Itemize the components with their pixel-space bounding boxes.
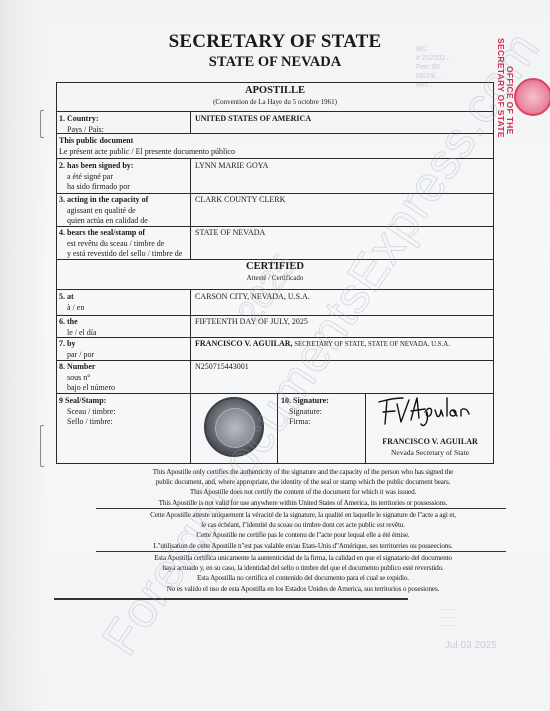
field-signed-by-value: LYNN MARIE GOYA [195,161,268,172]
field-seal-stamp-label: 9 Seal/Stamp: Sceau / timbre: Sello / ti… [59,396,115,428]
bleed-through-date: Jul 03 2025 [445,640,497,651]
convention-text: (Convention de La Haye du 5 octobre 1961… [57,97,493,108]
field-country-label: 1. Country: Pays / País: [59,114,104,135]
divider [54,598,408,600]
signer-title: Nevada Secretary of State [366,448,494,459]
staple-mark [40,110,44,138]
page-subtitle: STATE OF NEVADA [0,54,550,71]
page-title: SECRETARY OF STATE [0,31,550,53]
field-by-value: FRANCISCO V. AGUILAR, SECRETARY OF STATE… [195,339,450,351]
nevada-state-seal-icon [204,397,264,457]
apostille-header: APOSTILLE (Convention de La Haye du 5 oc… [57,86,493,107]
field-seal-of-value: STATE OF NEVADA [195,228,265,239]
apostille-page: MC# 202002...Fee: $008/24/...Rec... ....… [0,0,550,711]
notes-french: Cette Apostille atteste uniquement la vé… [96,510,510,551]
field-capacity-value: CLARK COUNTY CLERK [195,195,285,206]
field-signature-label: 10. Signature: Signature: Firma: [281,396,329,428]
signer-name-inline: FRANCISCO V. AGUILAR, [195,339,293,348]
field-country-value: UNITED STATES OF AMERICA [195,114,311,125]
scan-shadow [0,0,48,711]
field-number-label: 8. Number sous n° bajo el número [59,362,115,394]
field-by-label: 7. by par / por [59,339,94,360]
red-seal-icon [514,78,550,116]
handwritten-signature-icon [375,394,485,428]
field-capacity-label: 3. acting in the capacity of agissant en… [59,195,148,227]
field-signed-by-label: 2. has been signed by: a été signé par h… [59,161,133,193]
divider [96,508,506,509]
field-at-label: 5. at à / en [59,292,84,313]
field-public-document: This public document Le présent acte pub… [59,136,235,157]
staple-mark [40,425,44,467]
bleed-through-text: .............................. [440,605,457,629]
notes-spanish: Esta Apostilla certifica unicamente la a… [96,553,510,594]
field-seal-of-label: 4. bears the seal/stamp of est revêtu du… [59,228,182,260]
apostille-heading: APOSTILLE [57,86,493,97]
signer-title-inline: SECRETARY OF STATE, STATE OF NEVADA, U.S… [293,341,450,348]
field-number-value: N250715443001 [195,362,249,373]
signer-block: FRANCISCO V. AGUILAR Nevada Secretary of… [366,437,494,458]
divider [96,551,506,552]
notes-english: This Apostille only certifies the authen… [96,467,510,508]
field-date-label: 6. the le / el día [59,317,97,338]
signer-name: FRANCISCO V. AGUILAR [366,437,494,448]
